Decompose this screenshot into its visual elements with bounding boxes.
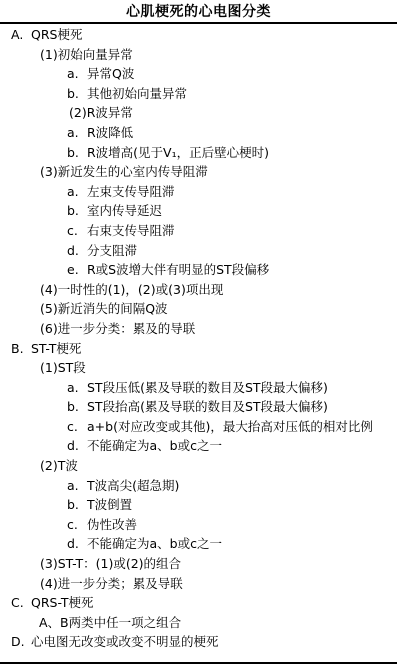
list-item: b.其他初始向量异常 [0,84,397,104]
item-text: 伪性改善 [87,517,137,532]
item-text: 右束支传导阻滞 [87,223,175,238]
item-text: (6)进一步分类：累及的导联 [40,321,195,336]
item-text: ST-T梗死 [31,341,81,356]
item-text: ST段抬高(累及导联的数目及ST段最大偏移) [87,399,328,414]
list-item: c.a+b(对应改变或其他)，最大抬高对压低的相对比例 [0,417,397,437]
list-item: d.分支阻滞 [0,241,397,261]
item-text: R或S波增大伴有明显的ST段偏移 [87,262,269,277]
list-item: (2)T波 [0,456,397,476]
item-marker: e. [67,260,87,280]
item-text: 室内传导延迟 [87,203,162,218]
list-item: (1)ST段 [0,358,397,378]
list-item: (3)新近发生的心室内传导阻滞 [0,162,397,182]
item-text: (3)新近发生的心室内传导阻滞 [40,164,208,179]
list-item: (6)进一步分类：累及的导联 [0,319,397,339]
item-text: 分支阻滞 [87,243,137,258]
list-item: d.不能确定为a、b或c之一 [0,436,397,456]
list-item: (4)进一步分类；累及导联 [0,574,397,594]
item-text: T波倒置 [87,497,132,512]
item-text: (1)ST段 [40,360,86,375]
list-item: (1)初始向量异常 [0,45,397,65]
item-marker: c. [67,515,87,535]
classification-list: A.QRS梗死 (1)初始向量异常 a.异常Q波 b.其他初始向量异常 (2)R… [0,25,397,652]
list-item: (4)一时性的(1)，(2)或(3)项出现 [0,280,397,300]
item-marker: b. [67,143,87,163]
item-marker: d. [67,534,87,554]
item-text: (1)初始向量异常 [40,47,133,62]
list-item: A、B两类中任一项之组合 [0,613,397,633]
item-marker: c. [67,221,87,241]
item-marker: b. [67,495,87,515]
item-text: A、B两类中任一项之组合 [39,615,181,630]
item-text: QRS梗死 [31,27,82,42]
list-item: a.ST段压低(累及导联的数目及ST段最大偏移) [0,378,397,398]
item-marker: B. [11,339,31,359]
item-marker: a. [67,64,87,84]
list-item: (2)R波异常 [0,103,397,123]
list-item: a.T波高尖(超急期) [0,476,397,496]
list-item: C.QRS-T梗死 [0,593,397,613]
list-item: c.右束支传导阻滞 [0,221,397,241]
item-text: 心电图无改变或改变不明显的梗死 [31,634,219,649]
item-text: 左束支传导阻滞 [87,184,175,199]
item-marker: c. [67,417,87,437]
item-marker: b. [67,201,87,221]
list-item: (3)ST-T：(1)或(2)的组合 [0,554,397,574]
list-item: a.R波降低 [0,123,397,143]
item-marker: b. [67,397,87,417]
item-text: R波降低 [87,125,133,140]
item-marker: a. [67,123,87,143]
list-item: b.T波倒置 [0,495,397,515]
item-text: (2)R波异常 [69,105,133,120]
item-text: QRS-T梗死 [31,595,93,610]
item-marker: b. [67,84,87,104]
list-item: D.心电图无改变或改变不明显的梗死 [0,632,397,652]
item-marker: D. [11,632,31,652]
item-marker: a. [67,378,87,398]
item-text: 不能确定为a、b或c之一 [87,536,222,551]
item-marker: d. [67,241,87,261]
item-text: (3)ST-T：(1)或(2)的组合 [40,556,181,571]
top-rule [0,22,397,24]
item-text: T波高尖(超急期) [87,478,179,493]
list-item: a.异常Q波 [0,64,397,84]
list-item: B.ST-T梗死 [0,339,397,359]
item-text: 其他初始向量异常 [87,86,187,101]
list-item: d.不能确定为a、b或c之一 [0,534,397,554]
item-text: (5)新近消失的间隔Q波 [40,301,168,316]
list-item: a.左束支传导阻滞 [0,182,397,202]
item-text: 不能确定为a、b或c之一 [87,438,222,453]
item-text: a+b(对应改变或其他)，最大抬高对压低的相对比例 [87,419,373,434]
list-item: (5)新近消失的间隔Q波 [0,299,397,319]
list-item: b.R波增高(见于V₁，正后壁心梗时) [0,143,397,163]
item-text: R波增高(见于V₁，正后壁心梗时) [87,145,269,160]
item-marker: d. [67,436,87,456]
item-text: 异常Q波 [87,66,134,81]
list-item: e.R或S波增大伴有明显的ST段偏移 [0,260,397,280]
item-text: ST段压低(累及导联的数目及ST段最大偏移) [87,380,328,395]
item-text: (2)T波 [40,458,78,473]
item-text: (4)一时性的(1)，(2)或(3)项出现 [40,282,223,297]
document-title: 心肌梗死的心电图分类 [0,2,397,22]
item-marker: a. [67,182,87,202]
list-item: b.室内传导延迟 [0,201,397,221]
list-item: b.ST段抬高(累及导联的数目及ST段最大偏移) [0,397,397,417]
list-item: A.QRS梗死 [0,25,397,45]
list-item: c.伪性改善 [0,515,397,535]
item-marker: a. [67,476,87,496]
item-text: (4)进一步分类；累及导联 [40,576,183,591]
item-marker: A. [11,25,31,45]
item-marker: C. [11,593,31,613]
